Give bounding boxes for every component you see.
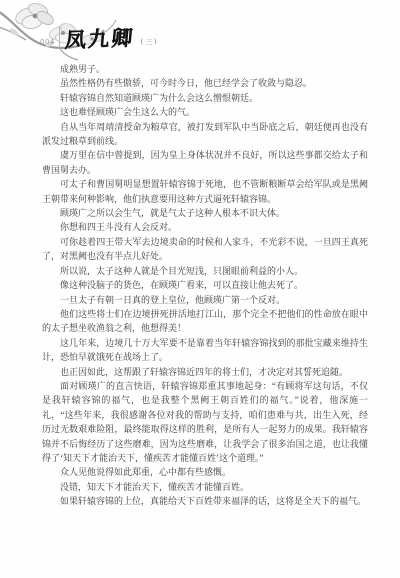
paragraph: 这几年来，边境几十万大军要不是靠着当年轩辕容锦找到的那批宝藏来维持生计，恐怕早就… (42, 336, 368, 365)
paragraph: 可你趁着四王带大军去边境卖命的时候和人家斗，不光彩不说，一旦四王真死了，对黑阙也… (42, 235, 368, 264)
paragraph: 众人见他说得如此郑重，心中都有些感慨。 (42, 465, 368, 479)
paragraph: 轩辕容锦自然知道顾瑛广为什么会这么憎恨朝廷。 (42, 91, 368, 105)
paragraph: 虞万里在信中曾提到，因为皇上身体状况并不良好，所以这些事都交给太子和曹国舅去办。 (42, 148, 368, 177)
paragraph: 虽然性格仍有些傲骄，可今时今日，他已经学会了收敛与隐忍。 (42, 76, 368, 90)
paragraph: 没错，知天下才能治天下，懂疾苦才能懂百姓。 (42, 480, 368, 494)
body-text: 成熟男子。虽然性格仍有些傲骄，可今时今日，他已经学会了收敛与隐忍。轩辕容锦自然知… (42, 62, 368, 509)
paragraph: 这也难怪顾瑛广会生这么大的气。 (42, 105, 368, 119)
paragraph: 你想和四王斗没有人会反对。 (42, 220, 368, 234)
paragraph: 可太子和曹国舅明显想置轩辕容锦于死地，也不管断粮断草会给军队或是黑阙王朝带来何种… (42, 177, 368, 206)
page-header: 004 凤九卿 （三） (40, 26, 162, 50)
paragraph: 顾瑛广之所以会生气，就是气太子这种人根本不识大体。 (42, 206, 368, 220)
paragraph: 面对顾瑛广的直言快语，轩辕容锦郑重其事地起身：“有顾将军这句话，不仅是我轩辕容锦… (42, 379, 368, 465)
paragraph: 也正因如此，这帮跟了轩辕容锦近四年的将士们，才决定对其誓死追随。 (42, 365, 368, 379)
paragraph: 成熟男子。 (42, 62, 368, 76)
paragraph: 像这种没脑子的货色，在顾瑛广看来，可以直接让他去死了。 (42, 278, 368, 292)
paragraph: 所以说，太子这种人就是个目光短浅，只图眼前利益的小人。 (42, 264, 368, 278)
paragraph: 一旦太子有朝一日真的登上皇位，他顾瑛广第一个反对。 (42, 293, 368, 307)
book-title: 凤九卿 (64, 28, 135, 51)
volume-label: （三） (137, 37, 163, 50)
paragraph: 自从当年周靖清授命为粮草官，被打发到军队中当卧底之后，朝廷便再也没有派发过粮草到… (42, 120, 368, 149)
page-number: 004 (40, 38, 55, 50)
book-page: 004 凤九卿 （三） 成熟男子。虽然性格仍有些傲骄，可今时今日，他已经学会了收… (0, 0, 400, 578)
paragraph: 他们这些将士们在边境拼死拼活地打江山，那个完全不把他们的性命放在眼中的太子想坐收… (42, 307, 368, 336)
paragraph: 如果轩辕容锦的上位，真能给天下百姓带来福泽的话，这将是全天下的福气。 (42, 494, 368, 508)
header-divider (59, 26, 60, 49)
